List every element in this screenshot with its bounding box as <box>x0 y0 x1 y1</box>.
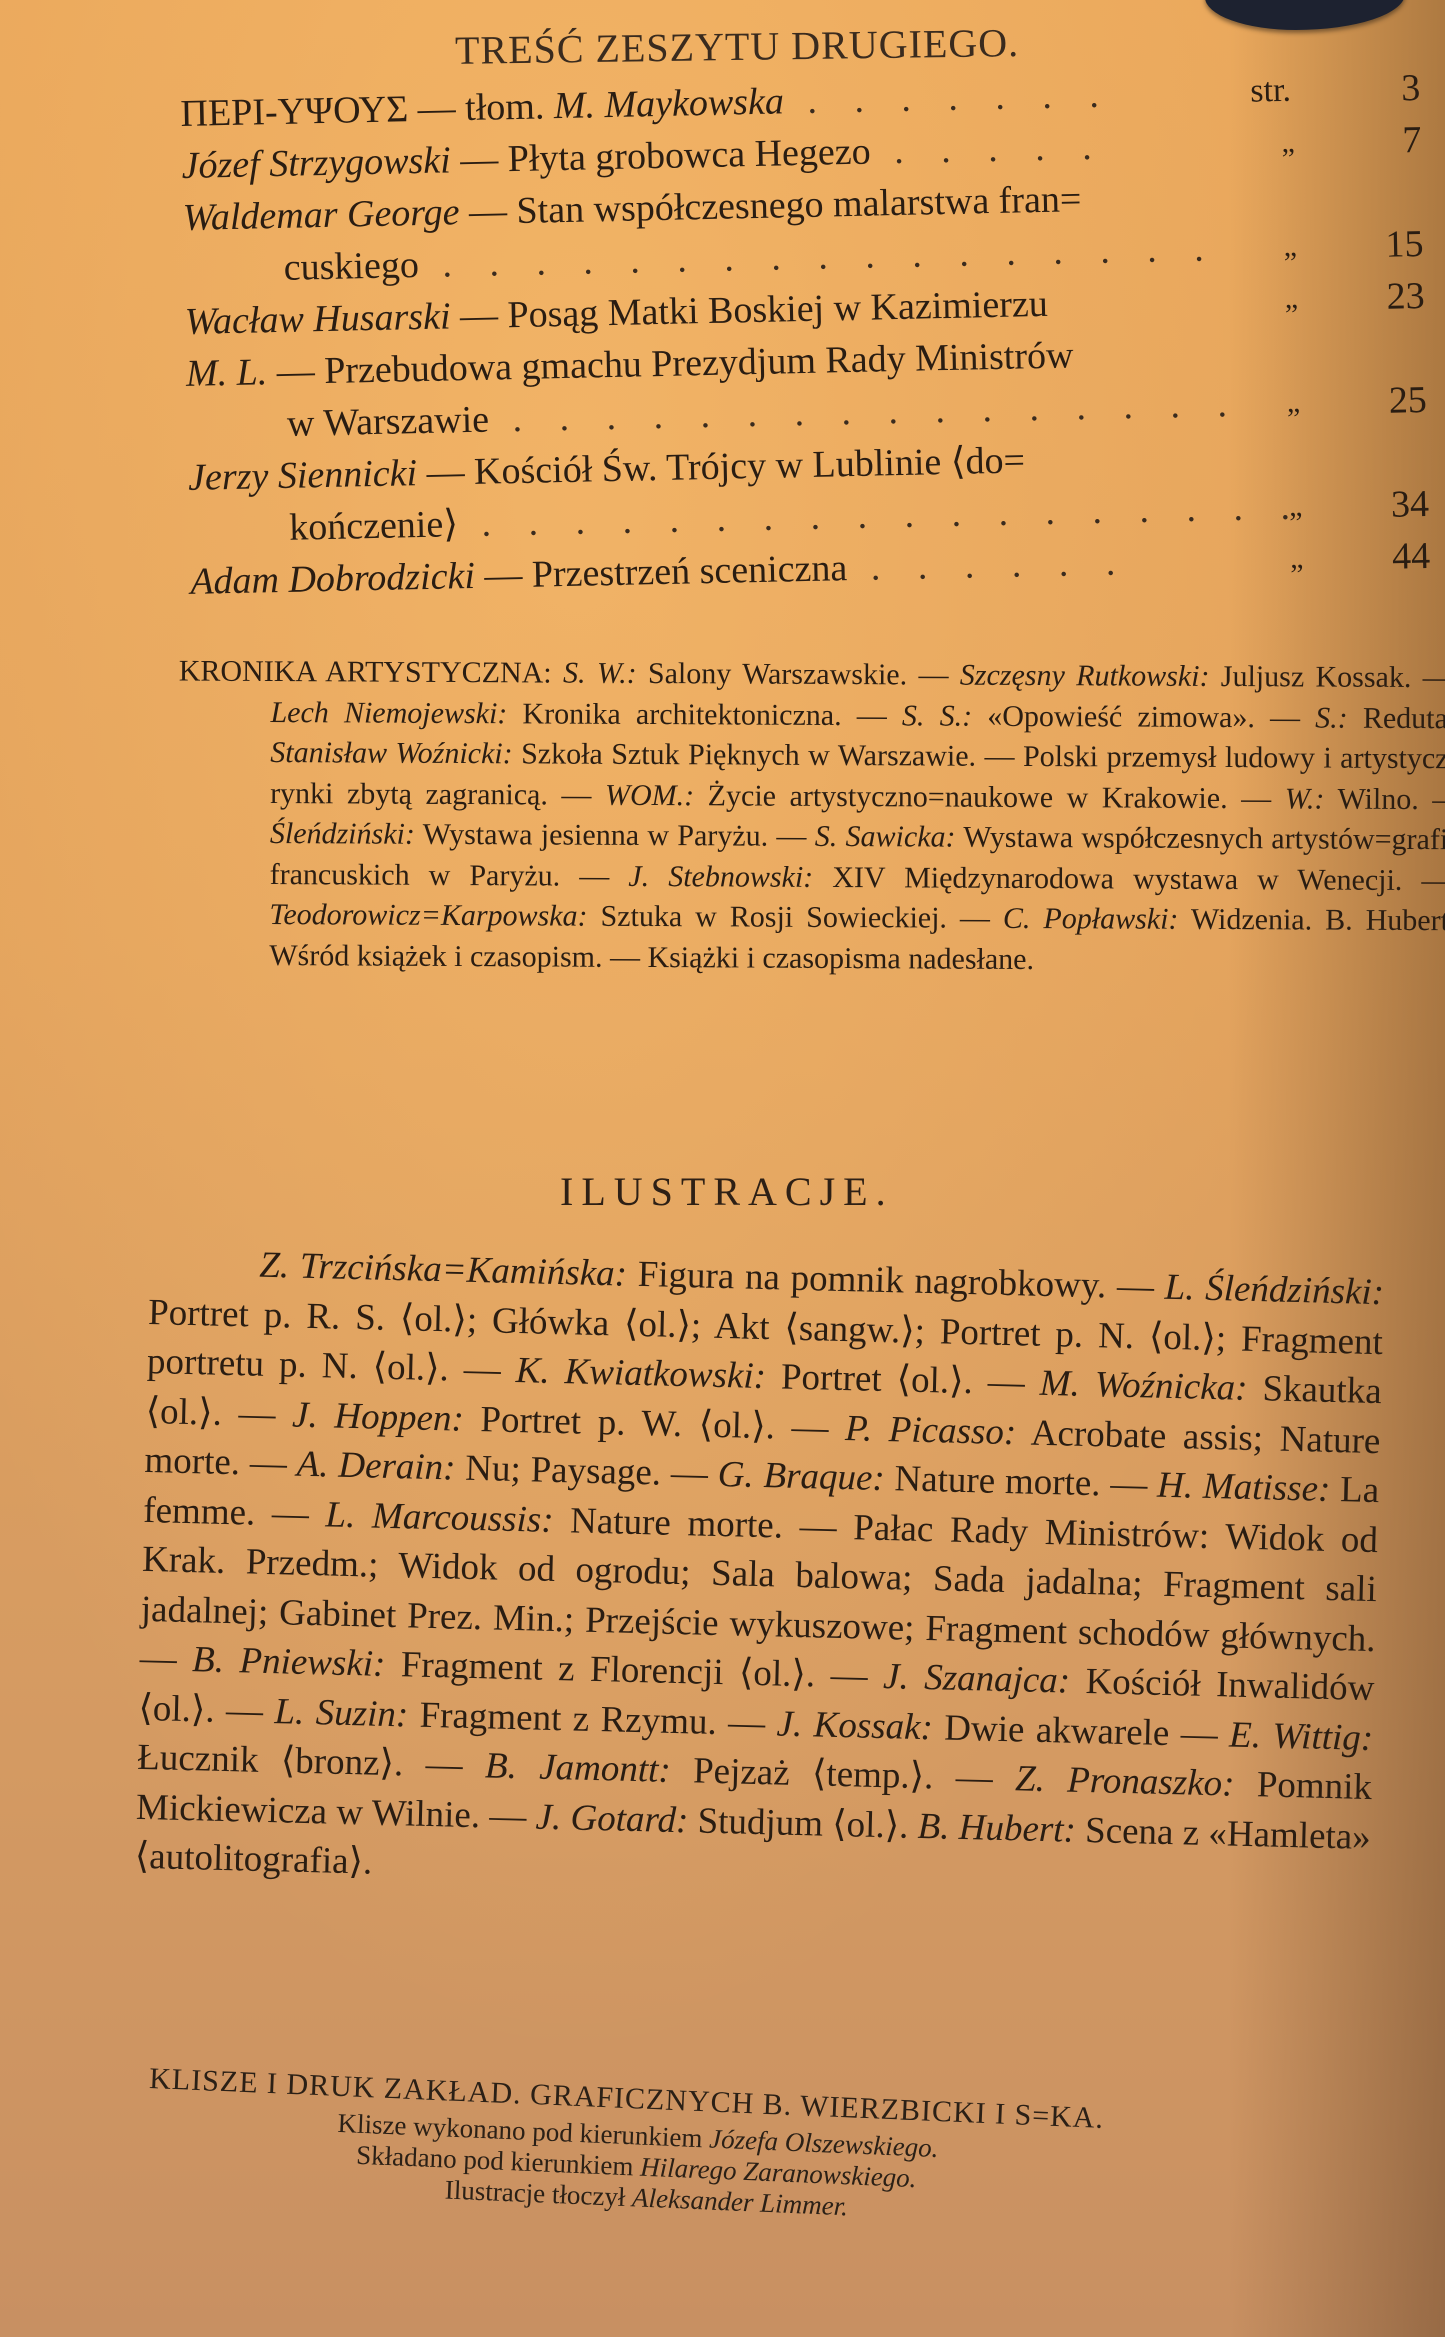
entry-text: Wystawa jesienna w Paryżu. — <box>415 818 815 853</box>
toc-author: Józef Strzygowski <box>181 139 451 187</box>
toc-author: Waldemar George <box>182 191 460 239</box>
toc-marker: „ <box>1288 481 1302 533</box>
entry-author: S.: <box>1315 701 1348 734</box>
entry-text: Życie artystyczno=naukowe w Krakowie. — <box>694 779 1285 815</box>
leader-dots: . . . . . <box>870 126 1106 173</box>
entry-author: Z. Trzcińska=Kamińska: <box>259 1245 628 1295</box>
entry-author: Z. Pronaszko: <box>1015 1758 1235 1804</box>
page-title: TREŚĆ ZESZYTU DRUGIEGO. <box>455 17 1156 74</box>
kronika-items: S. W.: Salony Warszawskie. — Szczęsny Ru… <box>269 657 1445 976</box>
entry-author: G. Braque: <box>717 1454 885 1499</box>
entry-text: Juljusz Kossak. — <box>1209 660 1445 694</box>
entry-text: Nu; Paysage. — <box>455 1448 718 1495</box>
toc-page: 34 <box>1368 478 1429 531</box>
entry-author: K. Kwiatkowski: <box>515 1350 766 1397</box>
entry-author: S. W.: <box>563 657 637 690</box>
entry-author: C. Popławski: <box>1003 902 1179 936</box>
toc-page: 7 <box>1361 114 1422 167</box>
entry-author: J. Stebnowski: <box>628 859 813 893</box>
entry-text: Wilno. — <box>1324 782 1445 816</box>
entry-author: H. Matisse: <box>1157 1465 1331 1510</box>
entry-author: B. Jamontt: <box>484 1745 671 1791</box>
ilustracje-heading: ILUSTRACJE. <box>560 1168 894 1215</box>
toc-marker: „ <box>1284 273 1298 325</box>
entry-author: M. Woźnicka: <box>1039 1363 1248 1409</box>
toc-author: Wacław Husarski <box>184 295 450 343</box>
toc-title-continuation: cuskiego <box>183 244 419 291</box>
entry-author: J. Szanajca: <box>883 1656 1071 1702</box>
leader-dots: . . . . . . . <box>783 73 1113 122</box>
toc-author: M. Maykowska <box>553 80 784 127</box>
toc-title: Przestrzeń sceniczna <box>531 547 847 596</box>
entry-text: Portret p. W. ⟨ol.⟩. — <box>463 1398 845 1448</box>
kronika-heading: KRONIKA ARTYSTYCZNA: <box>179 655 552 690</box>
entry-text: Reduta. — <box>1348 701 1445 735</box>
entry-author: J. Hoppen: <box>292 1394 465 1439</box>
toc-marker: „ <box>1290 533 1304 585</box>
entry-author: J. Kossak: <box>776 1703 933 1748</box>
entry-text: Łucznik ⟨bronz⟩. — <box>137 1737 486 1786</box>
entry-author: S. S.: <box>902 699 972 732</box>
toc-title: Kościół Św. Trójcy w Lublinie ⟨do= <box>474 439 1026 493</box>
toc-title-continuation: kończenie⟩ <box>189 503 459 551</box>
leader-dots: . . . . . . <box>847 541 1130 589</box>
table-of-contents: ΠΕΡΙ-ΥΨΟΥΣ — tłom. M. Maykowska . . . . … <box>180 62 1441 608</box>
entry-text: Portret ⟨ol.⟩. — <box>766 1356 1041 1404</box>
entry-text: Kronika architektoniczna. — <box>507 697 902 732</box>
entry-text: Sztuka w Rosji Sowieckiej. — <box>587 900 1003 935</box>
kronika-section: KRONIKA ARTYSTYCZNA: S. W.: Salony Warsz… <box>177 652 1445 983</box>
entry-text: Dwie akwarele — <box>932 1707 1229 1755</box>
entry-author: E. Wittig: <box>1229 1714 1374 1759</box>
toc-marker: „ <box>1281 117 1295 169</box>
toc-greek-title: ΠΕΡΙ-ΥΨΟΥΣ <box>180 88 409 135</box>
entry-text: Fragment z Florencji ⟨ol.⟩. — <box>385 1644 884 1697</box>
toc-title: Płyta grobowca Hegezo <box>507 131 871 181</box>
entry-author: L. Suzin: <box>274 1691 409 1735</box>
entry-author: W.: <box>1285 782 1325 815</box>
toc-page: 23 <box>1364 270 1425 323</box>
toc-title: Stan współczesnego malarstwa fran= <box>516 178 1082 232</box>
toc-marker: „ <box>1283 221 1297 273</box>
entry-text: Fragment z Rzymu. — <box>408 1694 777 1744</box>
toc-author: M. L. <box>186 351 268 395</box>
ilustracje-list: Z. Trzcińska=Kamińska: Figura na pomnik … <box>134 1238 1384 1911</box>
entry-text: Salony Warszawskie. — <box>637 657 960 692</box>
toc-title-continuation: w Warszawie <box>187 399 490 447</box>
entry-author: B. Hubert: <box>917 1805 1076 1850</box>
entry-text: Studjum ⟨ol.⟩. <box>688 1800 918 1847</box>
entry-author: Stanisław Woźnicki: <box>270 736 513 770</box>
entry-author: L. Marcoussis: <box>325 1494 554 1541</box>
toc-marker: „ <box>1286 377 1300 429</box>
entry-author: S. Sawicka: <box>815 820 956 854</box>
entry-author: J. Gotard: <box>535 1796 689 1841</box>
entry-author: WOM.: <box>605 778 694 811</box>
entry-author: L. Śleńdziński: <box>1164 1267 1384 1313</box>
toc-author: Jerzy Siennicki <box>188 452 418 499</box>
toc-page: 25 <box>1366 374 1427 427</box>
toc-page: 3 <box>1360 62 1421 115</box>
entry-text: Nature morte. — <box>884 1458 1157 1506</box>
toc-author: Adam Dobrodzicki <box>190 555 475 603</box>
entry-author: P. Picasso: <box>845 1408 1017 1453</box>
entry-author: Szczęsny Rutkowski: <box>960 659 1210 693</box>
entry-text: Figura na pomnik nagrobkowy. — <box>626 1254 1165 1308</box>
entry-text: «Opowieść zimowa». — <box>972 699 1315 734</box>
toc-page: 15 <box>1363 218 1424 271</box>
toc-title: Posąg Matki Boskiej w Kazimierzu <box>507 283 1048 336</box>
entry-author: B. Pniewski: <box>192 1639 386 1685</box>
toc-marker: str. <box>1250 65 1292 118</box>
toc-page: 44 <box>1370 530 1431 583</box>
entry-text: XIV Międzynarodowa wystawa w Wenecji. — <box>813 860 1445 896</box>
entry-text: Pejzaż ⟨temp.⟩. — <box>670 1750 1015 1799</box>
entry-author: A. Derain: <box>296 1444 456 1489</box>
